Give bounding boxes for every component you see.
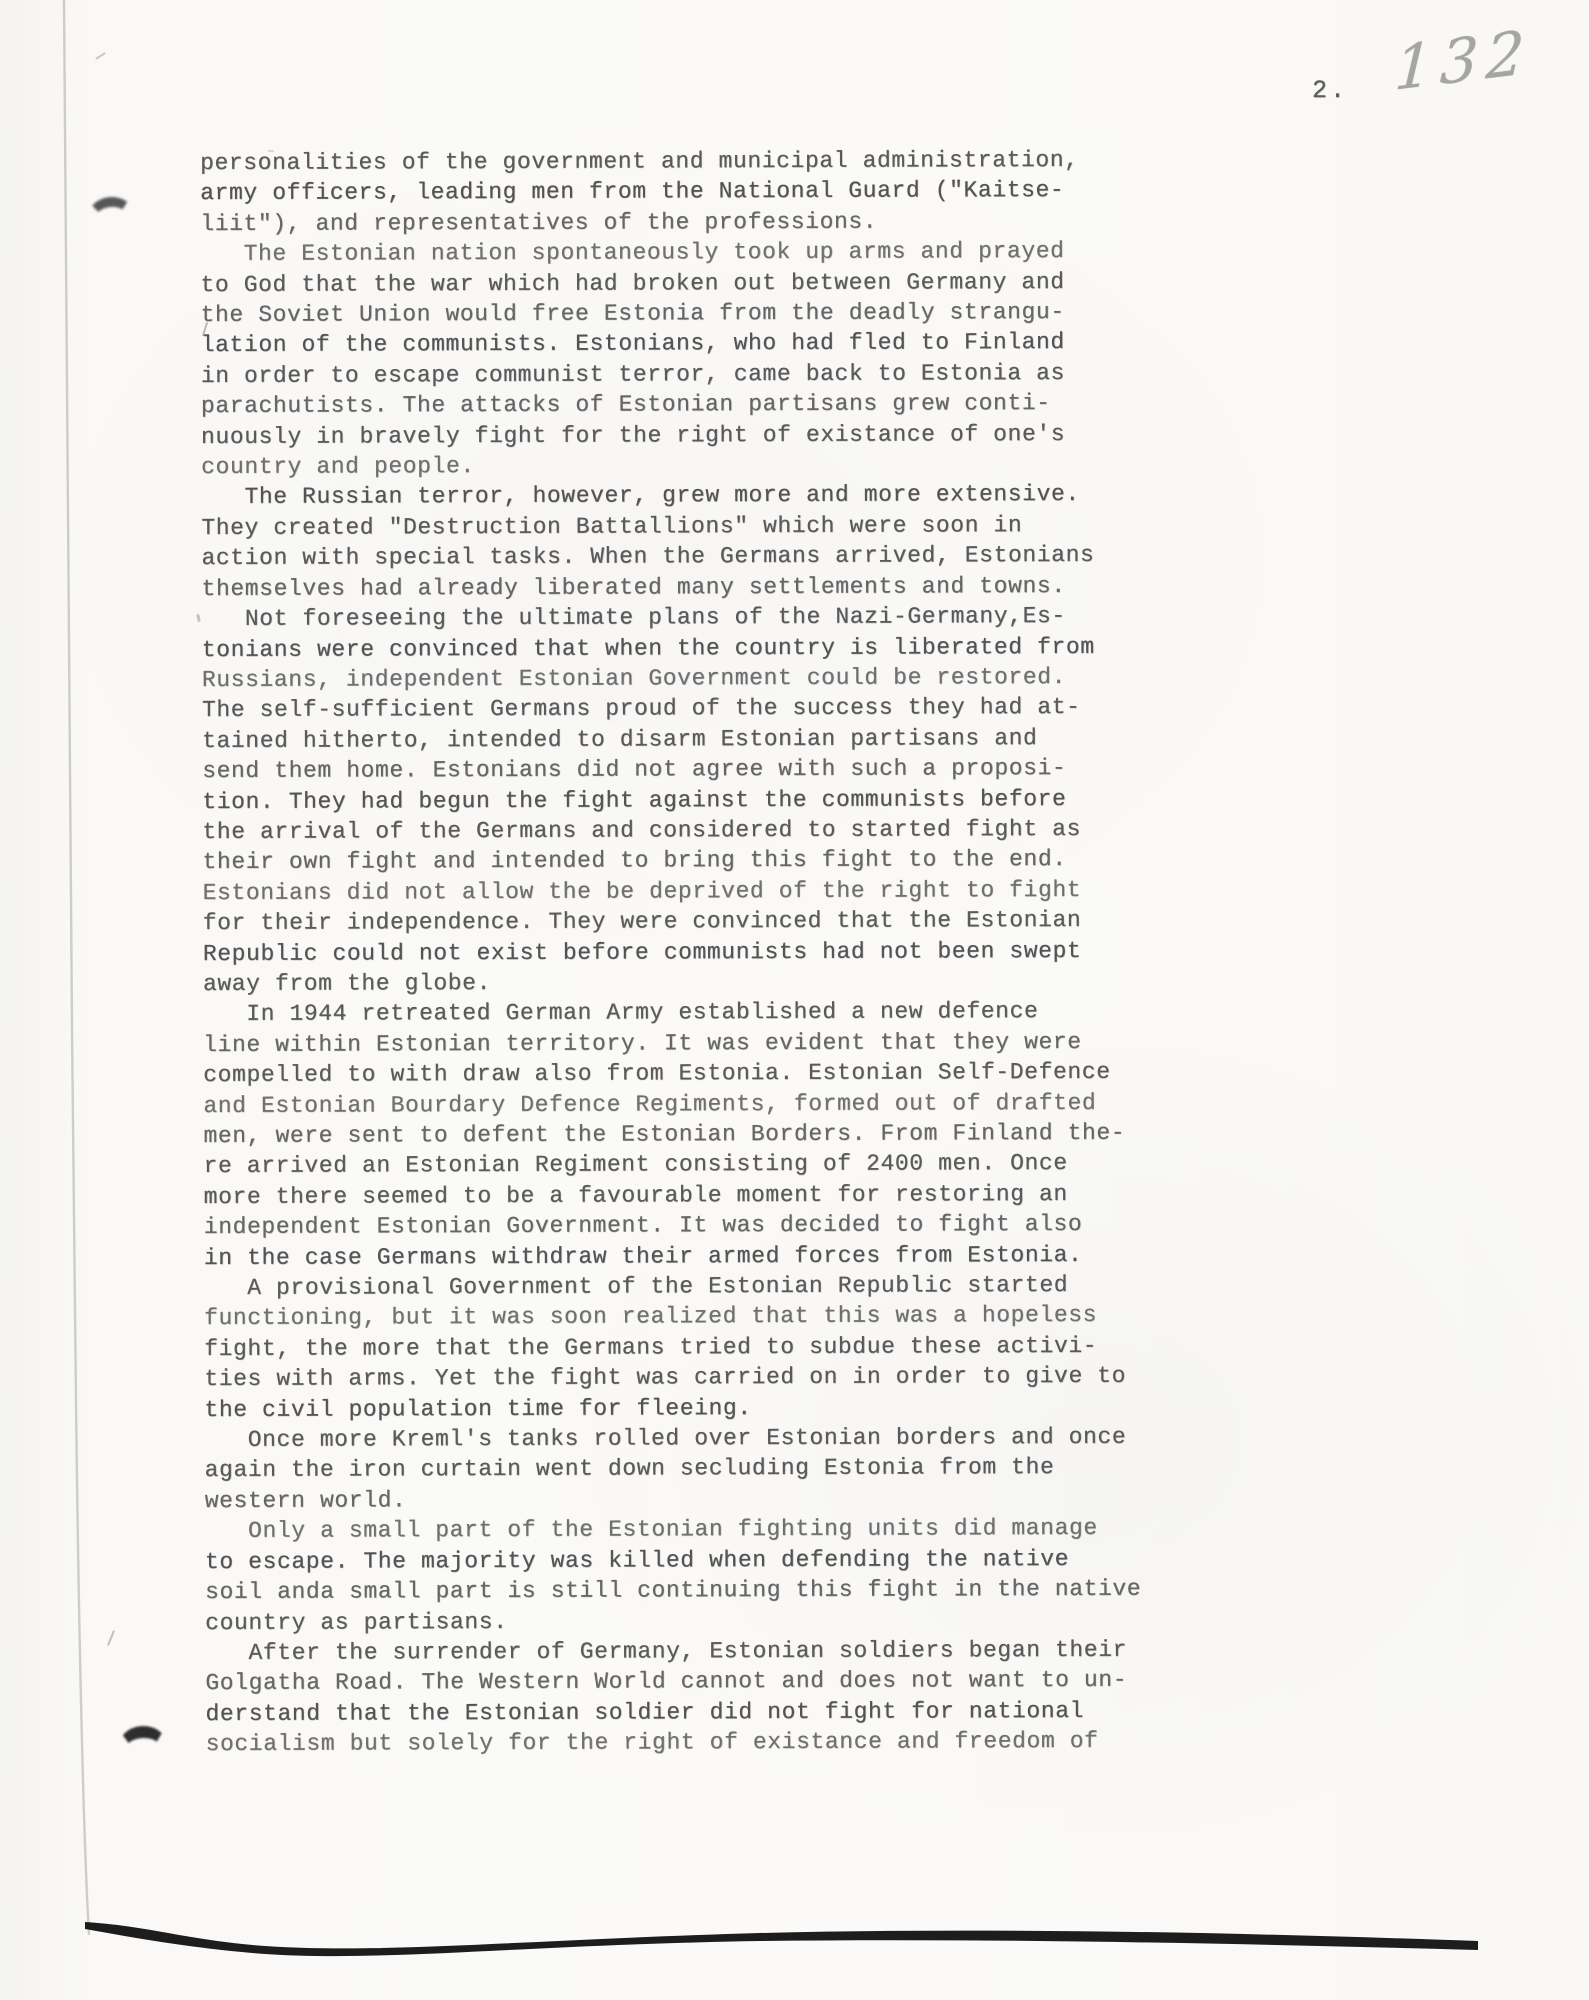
text-line: the arrival of the Germans and considere… [202, 813, 1202, 847]
scanned-document-page: { "page": { "typed_page_number": "2.", "… [0, 0, 1589, 2000]
text-line: Republic could not exist before communis… [203, 935, 1203, 969]
text-line: functioning, but it was soon realized th… [204, 1300, 1204, 1334]
text-line: men, were sent to defent the Estonian Bo… [203, 1118, 1203, 1152]
text-line: themselves had already liberated many se… [201, 570, 1201, 604]
text-line: tonians were convinced that when the cou… [202, 631, 1202, 665]
text-line: A provisional Government of the Estonian… [204, 1270, 1204, 1304]
typed-text: personalities of the government and muni… [200, 145, 1206, 1760]
text-line: western world. [205, 1482, 1205, 1516]
text-line: liit"), and representatives of the profe… [200, 205, 1200, 239]
text-line: more there seemed to be a favourable mom… [204, 1178, 1204, 1212]
text-line: send them home. Estonians did not agree … [202, 753, 1202, 787]
text-line: derstand that the Estonian soldier did n… [205, 1695, 1205, 1729]
text-line: away from the globe. [203, 965, 1203, 999]
text-line: soil anda small part is still continuing… [205, 1574, 1205, 1608]
text-line: The Russian terror, however, grew more a… [201, 479, 1201, 513]
text-line: Golgatha Road. The Western World cannot … [205, 1665, 1205, 1699]
text-line: the civil population time for fleeing. [204, 1391, 1204, 1425]
text-line: and Estonian Bourdary Defence Regiments,… [203, 1087, 1203, 1121]
text-line: The Estonian nation spontaneously took u… [200, 236, 1200, 270]
text-line: nuously in bravely fight for the right o… [201, 418, 1201, 452]
text-line: Once more Kreml's tanks rolled over Esto… [204, 1422, 1204, 1456]
text-line: lation of the communists. Estonians, who… [201, 327, 1201, 361]
typed-page-number: 2. [1312, 76, 1348, 105]
text-line: The self-sufficient Germans proud of the… [202, 692, 1202, 726]
text-line: Russians, independent Estonian Governmen… [202, 661, 1202, 695]
text-line: In 1944 retreated German Army establishe… [203, 996, 1203, 1030]
text-line: re arrived an Estonian Regiment consisti… [204, 1148, 1204, 1182]
text-line: Estonians did not allow the be deprived … [203, 874, 1203, 908]
text-line: tained hitherto, intended to disarm Esto… [202, 722, 1202, 756]
text-line: their own fight and intended to bring th… [202, 844, 1202, 878]
text-line: socialism but solely for the right of ex… [206, 1726, 1206, 1760]
text-line: personalities of the government and muni… [200, 145, 1200, 179]
text-line: to God that the war which had broken out… [200, 266, 1200, 300]
text-line: country and people. [201, 449, 1201, 483]
text-line: tion. They had begun the fight against t… [202, 783, 1202, 817]
text-line: line within Estonian territory. It was e… [203, 1026, 1203, 1060]
text-line: in order to escape communist terror, cam… [201, 357, 1201, 391]
text-line: Only a small part of the Estonian fighti… [205, 1513, 1205, 1547]
text-line: country as partisans. [205, 1604, 1205, 1638]
text-line: fight, the more that the Germans tried t… [204, 1330, 1204, 1364]
text-line: independent Estonian Government. It was … [204, 1209, 1204, 1243]
text-line: Not foreseeing the ultimate plans of the… [202, 601, 1202, 635]
text-line: in the case Germans withdraw their armed… [204, 1239, 1204, 1273]
text-line: parachutists. The attacks of Estonian pa… [201, 388, 1201, 422]
text-line: to escape. The majority was killed when … [205, 1543, 1205, 1577]
text-line: again the iron curtain went down secludi… [205, 1452, 1205, 1486]
text-line: for their independence. They were convin… [203, 905, 1203, 939]
text-line: ties with arms. Yet the fight was carrie… [204, 1361, 1204, 1395]
text-line: compelled to with draw also from Estonia… [203, 1057, 1203, 1091]
text-line: army officers, leading men from the Nati… [200, 175, 1200, 209]
text-line: They created "Destruction Battallions" w… [201, 509, 1201, 543]
text-line: After the surrender of Germany, Estonian… [205, 1634, 1205, 1668]
text-line: the Soviet Union would free Estonia from… [201, 297, 1201, 331]
text-line: action with special tasks. When the Germ… [201, 540, 1201, 574]
